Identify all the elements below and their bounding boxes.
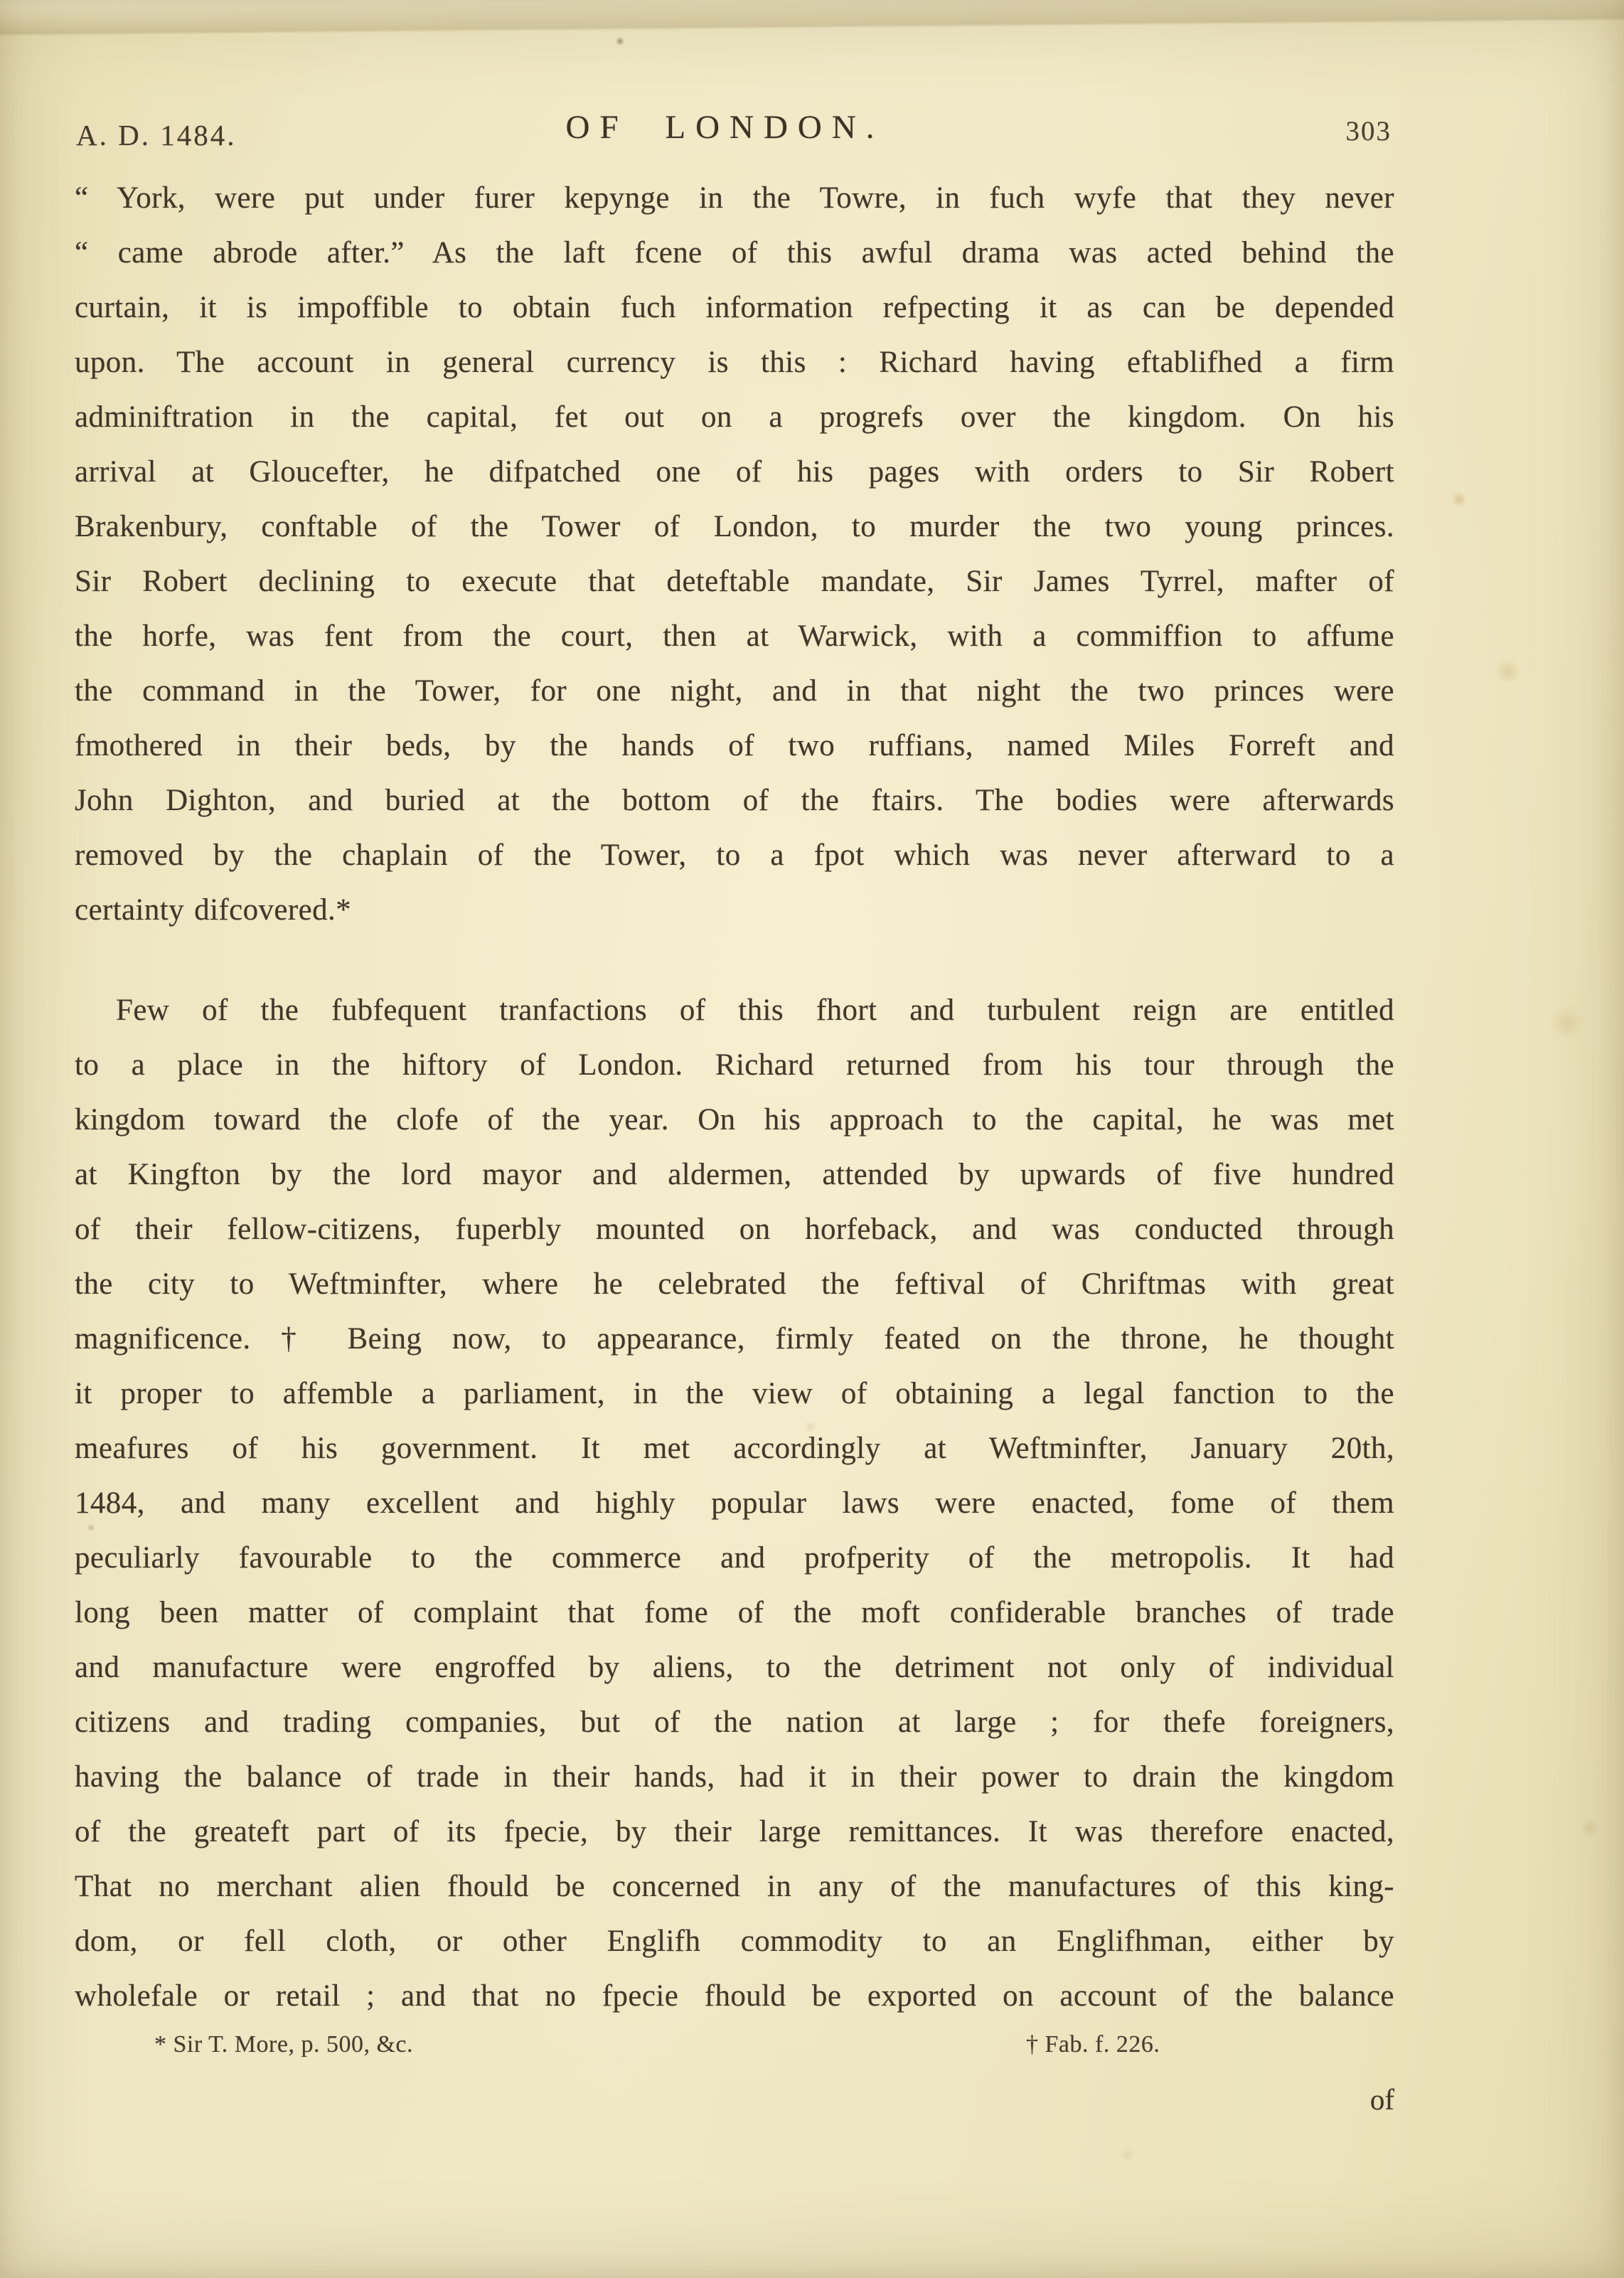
book-page: A. D. 1484. OF LONDON. 303 “ York, were … (0, 0, 1624, 2278)
footnote-right: † Fab. f. 226. (1026, 2031, 1160, 2058)
text-line: Sir Robert declining to execute that det… (75, 554, 1394, 609)
text-line: meafures of his government. It met accor… (75, 1421, 1394, 1476)
text-line: wholefale or retail ; and that no fpecie… (75, 1969, 1394, 2023)
page-body: “ York, were put under furer kepynge in … (75, 171, 1394, 2023)
page-number: 303 (1346, 115, 1392, 147)
text-line: removed by the chaplain of the Tower, to… (75, 828, 1394, 883)
text-line: certainty difcovered.* (75, 883, 1394, 937)
text-line: of their fellow-citizens, fuperbly mount… (75, 1202, 1394, 1257)
text-line: adminiftration in the capital, fet out o… (75, 390, 1394, 445)
running-title: OF LONDON. (566, 108, 885, 147)
catchword: of (1370, 2082, 1394, 2117)
text-line: arrival at Gloucefter, he difpatched one… (75, 445, 1394, 499)
text-line: curtain, it is impoffible to obtain fuch… (75, 280, 1394, 335)
text-line: and manufacture were engroffed by aliens… (75, 1640, 1394, 1695)
text-line: upon. The account in general currency is… (75, 335, 1394, 390)
text-line: That no merchant alien fhould be concern… (75, 1859, 1394, 1914)
text-line: of the greateft part of its fpecie, by t… (75, 1804, 1394, 1859)
text-line: dom, or fell cloth, or other Englifh com… (75, 1914, 1394, 1969)
text-line: kingdom toward the clofe of the year. On… (75, 1092, 1394, 1147)
text-line: at Kingfton by the lord mayor and alderm… (75, 1147, 1394, 1202)
header-date: A. D. 1484. (76, 118, 236, 152)
page-header: A. D. 1484. OF LONDON. 303 (75, 108, 1394, 158)
text-line: citizens and trading companies, but of t… (75, 1695, 1394, 1750)
paragraph: Few of the fubfequent tranfactions of th… (75, 983, 1394, 2023)
text-line: the city to Weftminfter, where he celebr… (75, 1257, 1394, 1311)
text-line: Brakenbury, conftable of the Tower of Lo… (75, 499, 1394, 554)
text-line: 1484, and many excellent and highly popu… (75, 1476, 1394, 1531)
text-line: fmothered in their beds, by the hands of… (75, 718, 1394, 773)
text-line: Few of the fubfequent tranfactions of th… (75, 983, 1394, 1038)
text-line: John Dighton, and buried at the bottom o… (75, 773, 1394, 828)
text-line: to a place in the hiftory of London. Ric… (75, 1038, 1394, 1092)
text-line: long been matter of complaint that fome … (75, 1585, 1394, 1640)
footnote-left: * Sir T. More, p. 500, &c. (154, 2031, 413, 2058)
text-line: the command in the Tower, for one night,… (75, 664, 1394, 718)
text-line: magnificence. † Being now, to appearance… (75, 1311, 1394, 1366)
page-top-edge (0, 0, 1624, 36)
text-line: “ came abrode after.” As the laft fcene … (75, 225, 1394, 280)
text-line: it proper to affemble a parliament, in t… (75, 1366, 1394, 1421)
text-line: the horfe, was fent from the court, then… (75, 609, 1394, 664)
paragraph: “ York, were put under furer kepynge in … (75, 171, 1394, 937)
text-line: “ York, were put under furer kepynge in … (75, 171, 1394, 225)
text-line: peculiarly favourable to the commerce an… (75, 1531, 1394, 1585)
text-line: having the balance of trade in their han… (75, 1750, 1394, 1804)
